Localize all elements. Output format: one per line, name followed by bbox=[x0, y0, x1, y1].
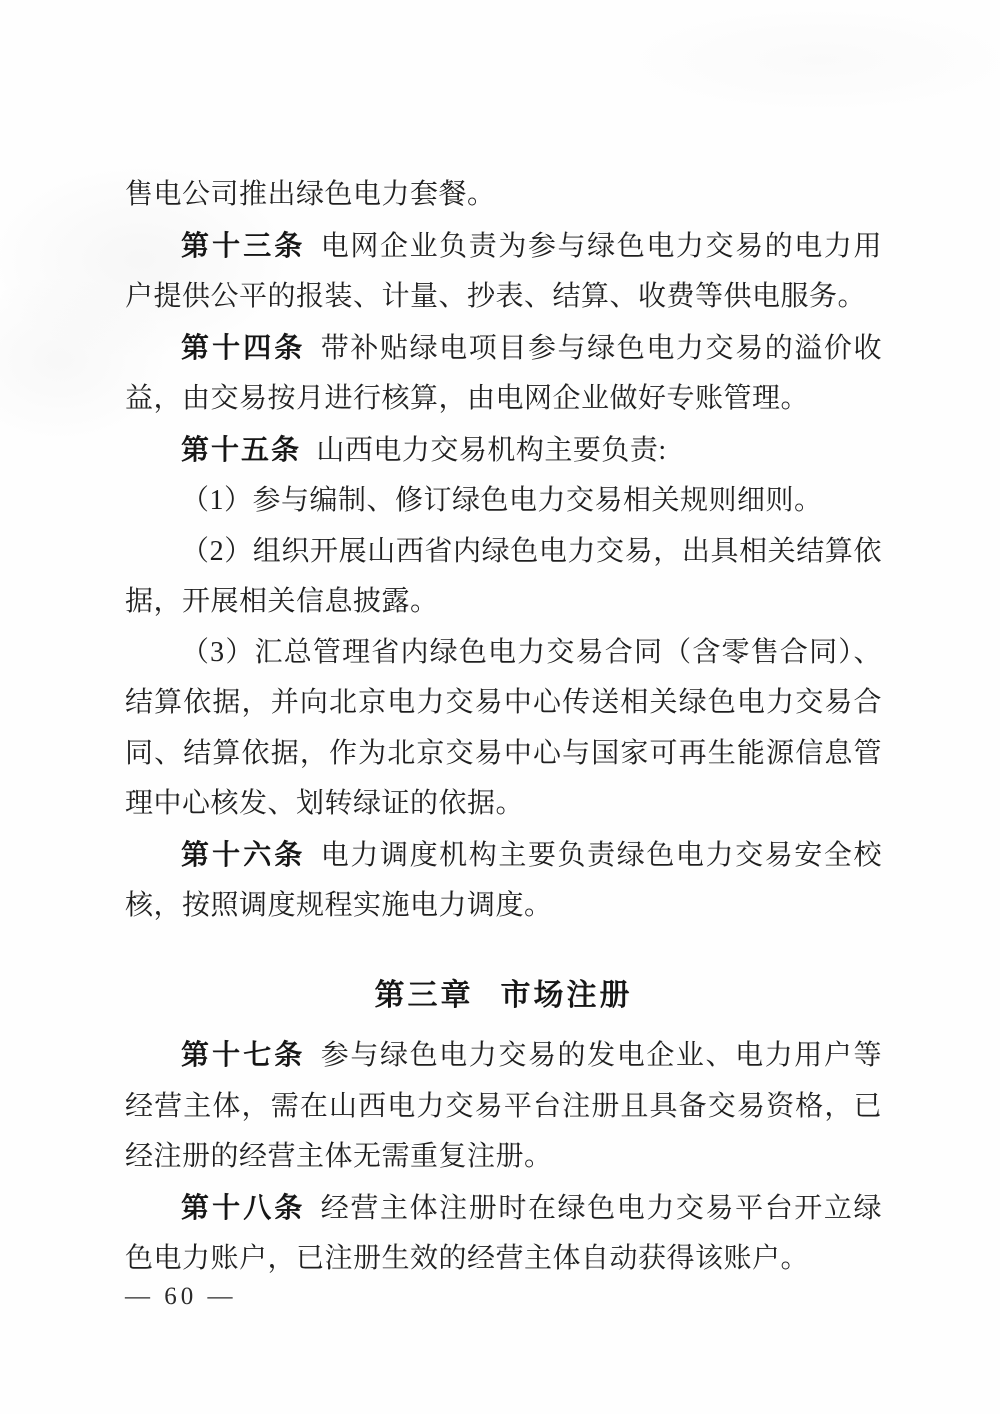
article-13-label: 第十三条 bbox=[181, 230, 305, 261]
paragraph-continuation: 售电公司推出绿色电力套餐。 bbox=[125, 170, 882, 221]
article-15-label: 第十五条 bbox=[181, 434, 301, 465]
paragraph-article-17: 第十七条参与绿色电力交易的发电企业、电力用户等经营主体，需在山西电力交易平台注册… bbox=[125, 1030, 882, 1183]
item-1-text: （1）参与编制、修订绿色电力交易相关规则细则。 bbox=[181, 485, 823, 516]
paragraph-item-1: （1）参与编制、修订绿色电力交易相关规则细则。 bbox=[125, 476, 882, 527]
paragraph-article-13: 第十三条电网企业负责为参与绿色电力交易的电力用户提供公平的报装、计量、抄表、结算… bbox=[125, 221, 882, 323]
article-14-label: 第十四条 bbox=[181, 332, 305, 363]
article-16-label: 第十六条 bbox=[181, 839, 305, 870]
paragraph-article-15: 第十五条山西电力交易机构主要负责: bbox=[125, 425, 882, 477]
chapter-3-label: 第三章 bbox=[375, 979, 474, 1012]
paragraph-article-14: 第十四条带补贴绿电项目参与绿色电力交易的溢价收益，由交易按月进行核算，由电网企业… bbox=[125, 323, 882, 425]
document-page: 售电公司推出绿色电力套餐。 第十三条电网企业负责为参与绿色电力交易的电力用户提供… bbox=[0, 0, 1000, 1414]
chapter-3-title: 市场注册 bbox=[501, 979, 633, 1012]
item-3-text: （3）汇总管理省内绿色电力交易合同（含零售合同）、结算依据，并向北京电力交易中心… bbox=[125, 637, 882, 820]
page-number: — 60 — bbox=[125, 1283, 237, 1311]
paragraph-item-2: （2）组织开展山西省内绿色电力交易，出具相关结算依据，开展相关信息披露。 bbox=[125, 527, 882, 628]
article-17-label: 第十七条 bbox=[181, 1039, 305, 1070]
paragraph-article-16: 第十六条电力调度机构主要负责绿色电力交易安全校核，按照调度规程实施电力调度。 bbox=[125, 830, 882, 932]
article-18-label: 第十八条 bbox=[181, 1192, 305, 1223]
article-15-text: 山西电力交易机构主要负责: bbox=[316, 435, 666, 466]
paragraph-item-3: （3）汇总管理省内绿色电力交易合同（含零售合同）、结算依据，并向北京电力交易中心… bbox=[125, 628, 882, 830]
item-2-text: （2）组织开展山西省内绿色电力交易，出具相关结算依据，开展相关信息披露。 bbox=[125, 536, 882, 618]
document-body: 售电公司推出绿色电力套餐。 第十三条电网企业负责为参与绿色电力交易的电力用户提供… bbox=[125, 170, 882, 1285]
continuation-text: 售电公司推出绿色电力套餐。 bbox=[125, 179, 496, 210]
paragraph-article-18: 第十八条经营主体注册时在绿色电力交易平台开立绿色电力账户，已注册生效的经营主体自… bbox=[125, 1183, 882, 1285]
chapter-3-heading: 第三章市场注册 bbox=[125, 971, 882, 1022]
